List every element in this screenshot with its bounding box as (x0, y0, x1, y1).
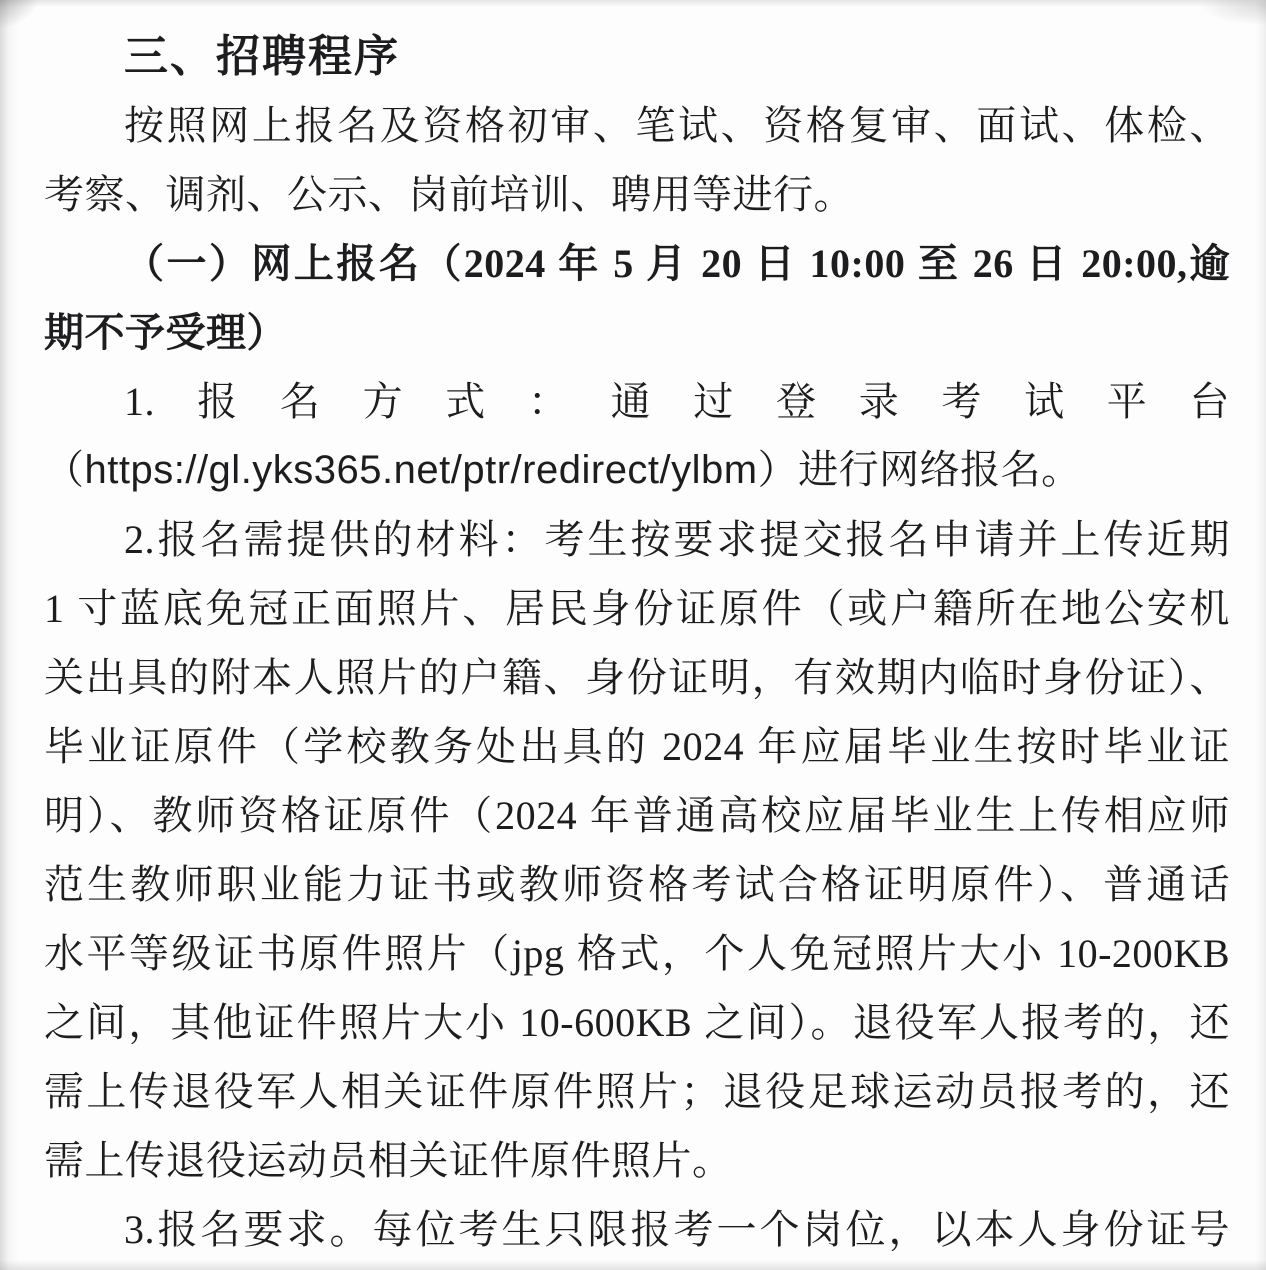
text-line-9: 1 寸蓝底免冠正面照片、居民身份证原件（或户籍所在地公安机 (44, 574, 1230, 643)
text-line-8: 2.报名需提供的材料：考生按要求提交报名申请并上传近期 (44, 505, 1230, 574)
text-line-10: 关出具的附本人照片的户籍、身份证明，有效期内临时身份证）、 (44, 643, 1230, 712)
text-line-18: 3.报名要求。每位考生只限报考一个岗位，以本人身份证号 (44, 1195, 1230, 1264)
text-line-4: （一）网上报名（2024 年 5 月 20 日 10:00 至 26 日 20:… (44, 229, 1230, 298)
text-line-3: 考察、调剂、公示、岗前培训、聘用等进行。 (44, 160, 1230, 229)
text-line-13: 范生教师职业能力证书或教师资格考试合格证明原件）、普通话 (44, 850, 1230, 919)
text-line-16: 需上传退役军人相关证件原件照片；退役足球运动员报考的，还 (44, 1057, 1230, 1126)
text-line-2: 按照网上报名及资格初审、笔试、资格复审、面试、体检、 (44, 91, 1230, 160)
text-line-12: 明）、教师资格证原件（2024 年普通高校应届毕业生上传相应师 (44, 781, 1230, 850)
document-page: 三、招聘程序按照网上报名及资格初审、笔试、资格复审、面试、体检、考察、调剂、公示… (44, 22, 1230, 1264)
section-heading: 三、招聘程序 (44, 22, 1230, 91)
text-line-17: 需上传退役运动员相关证件原件照片。 (44, 1126, 1230, 1195)
text-line-6: 1.报名方式：通过登录考试平台 (44, 367, 1230, 436)
text-line-15: 之间，其他证件照片大小 10-600KB 之间）。退役军人报考的，还 (44, 988, 1230, 1057)
text-line-5: 期不予受理） (44, 298, 1230, 367)
text-line-7: （https://gl.yks365.net/ptr/redirect/ylbm… (44, 436, 1230, 505)
text-line-14: 水平等级证书原件照片（jpg 格式，个人免冠照片大小 10-200KB (44, 919, 1230, 988)
text-line-11: 毕业证原件（学校教务处出具的 2024 年应届毕业生按时毕业证 (44, 712, 1230, 781)
